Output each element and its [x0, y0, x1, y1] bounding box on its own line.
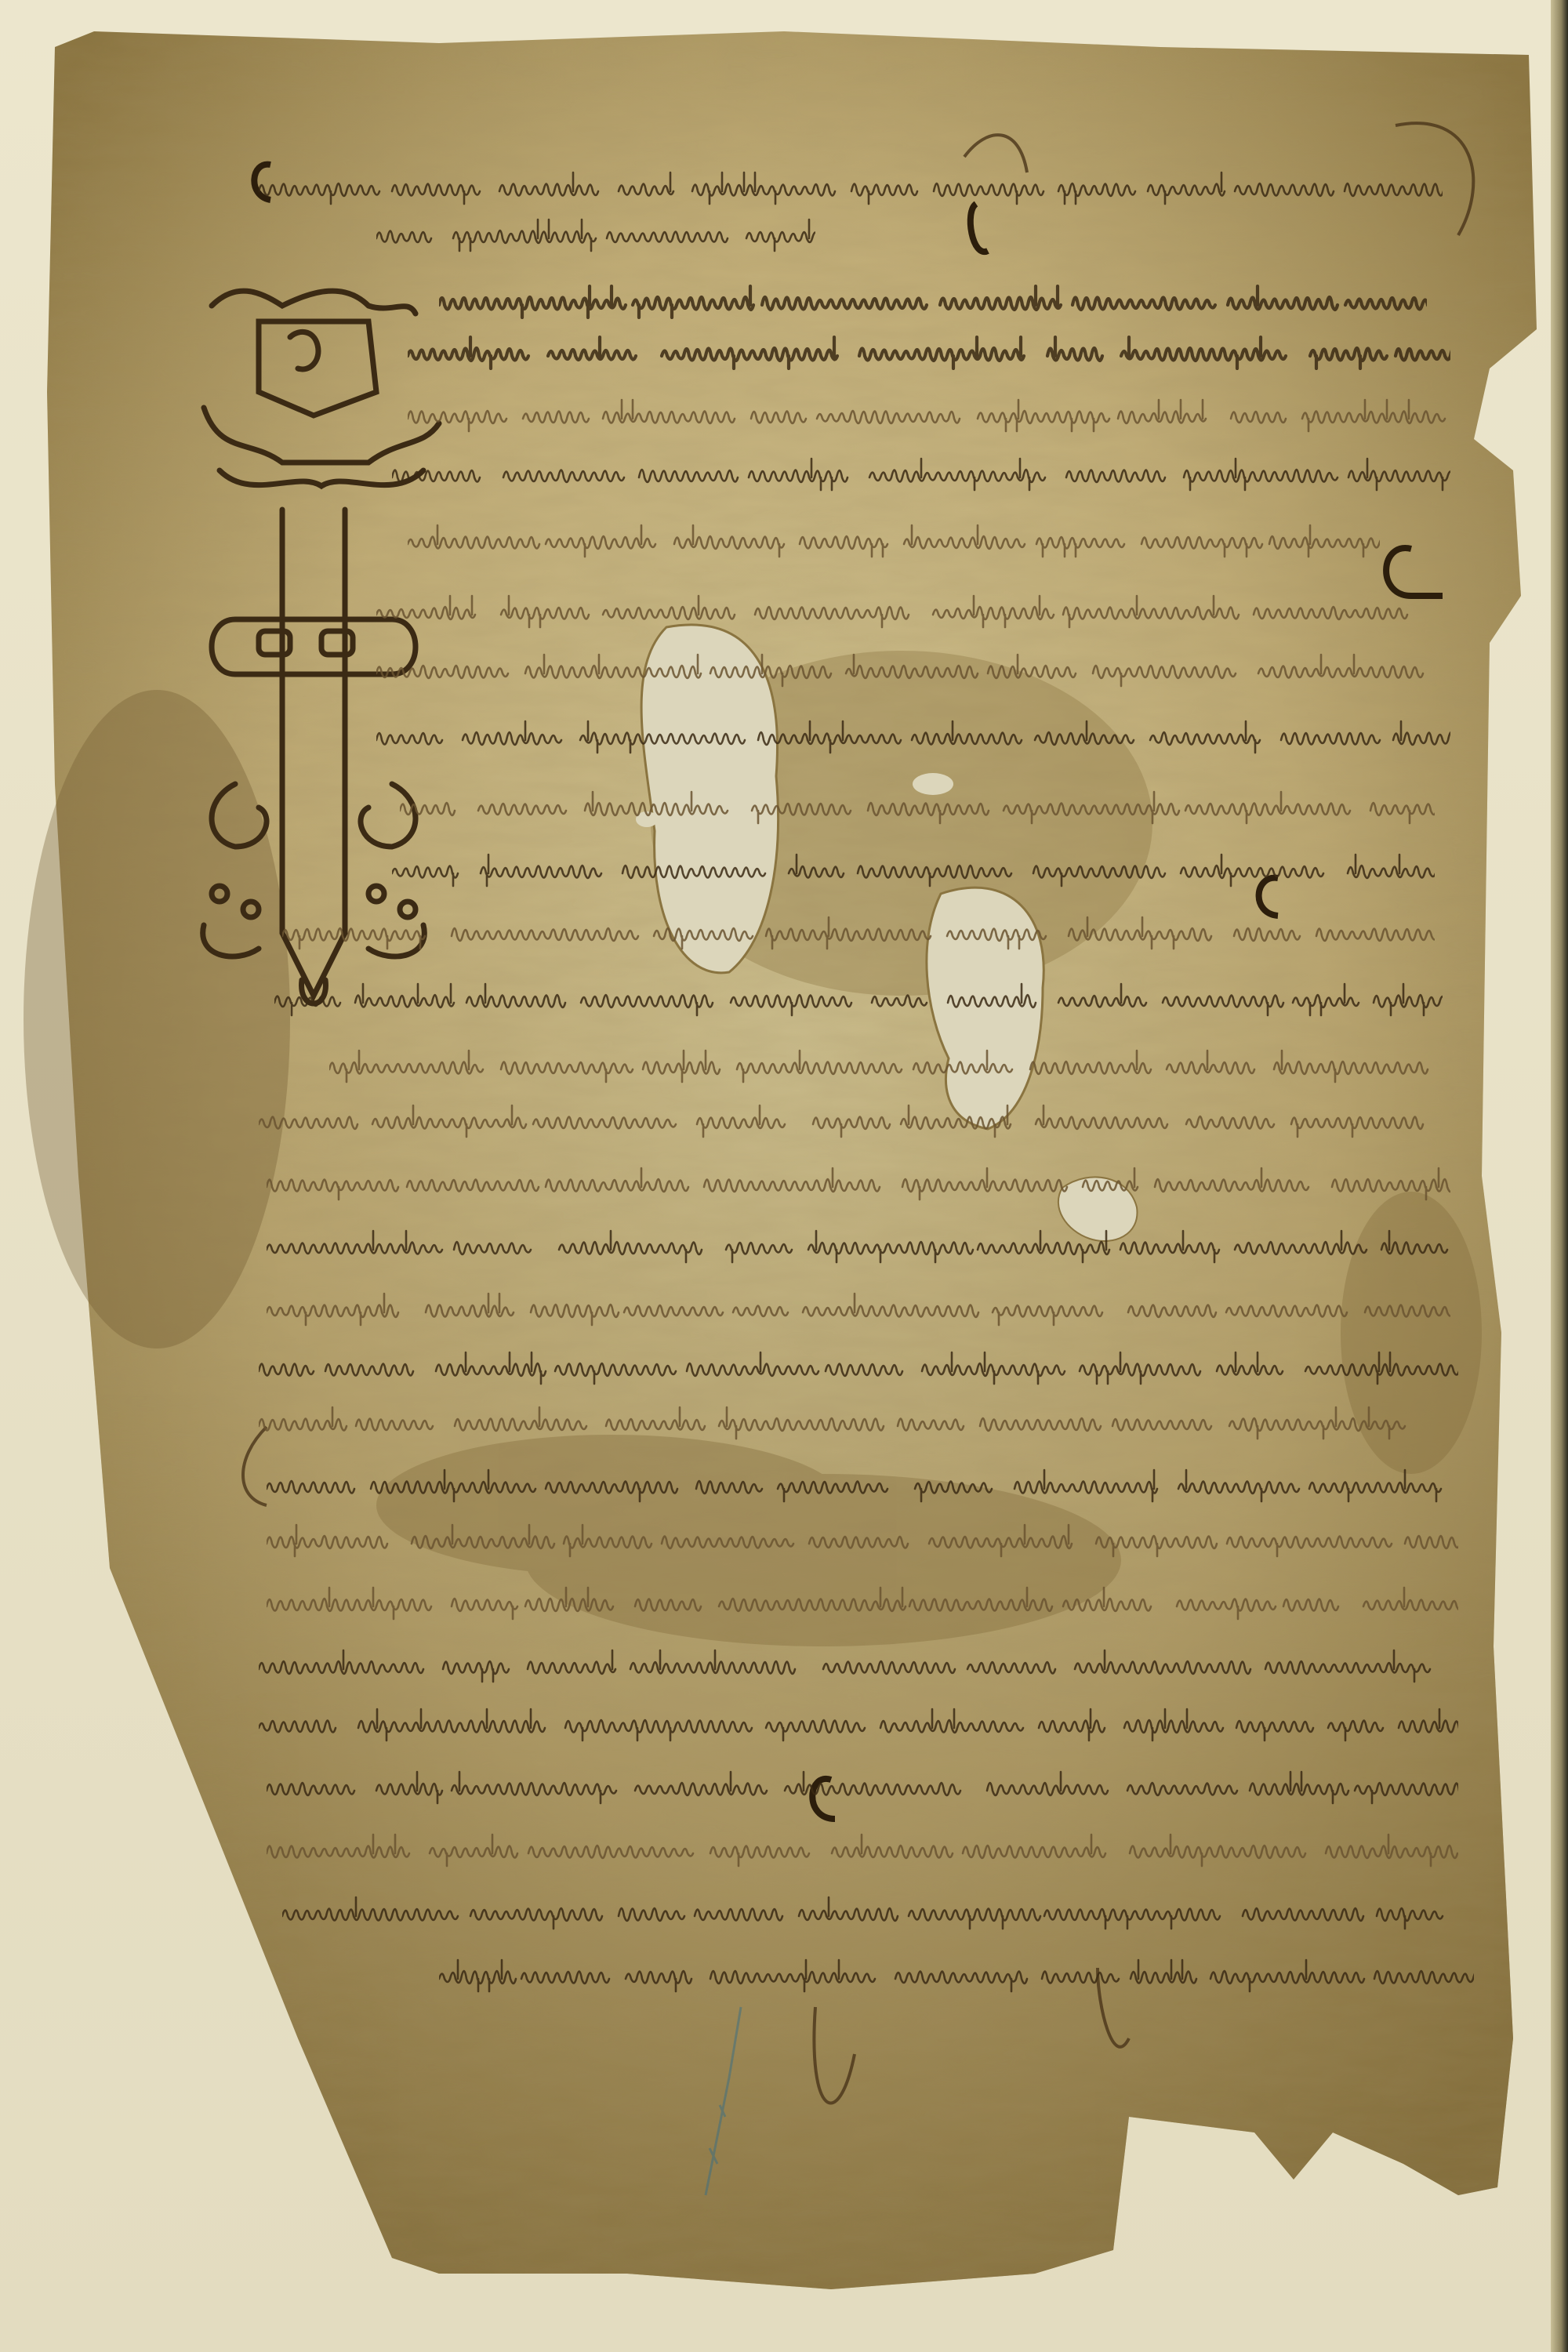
body-line	[282, 916, 1435, 950]
body-line	[392, 457, 1450, 492]
body-line	[267, 1229, 1450, 1264]
body-line	[267, 1586, 1458, 1621]
body-line	[376, 720, 1450, 754]
body-line	[259, 1649, 1458, 1683]
body-line	[259, 1708, 1458, 1742]
body-line	[259, 1104, 1458, 1138]
body-line	[259, 1351, 1458, 1385]
body-line	[376, 653, 1435, 688]
body-line	[267, 1770, 1458, 1805]
body-line	[267, 1523, 1458, 1558]
body-line	[267, 1292, 1450, 1327]
body-line	[376, 594, 1435, 629]
body-line	[408, 398, 1458, 433]
body-line	[267, 1468, 1458, 1503]
body-line	[329, 1049, 1450, 1083]
body-line	[267, 1167, 1450, 1201]
header-line	[259, 171, 1443, 205]
body-line	[267, 1833, 1458, 1867]
body-line	[400, 790, 1435, 825]
body-line	[408, 336, 1450, 370]
body-line	[259, 1406, 1443, 1440]
body-line	[392, 853, 1435, 887]
body-line	[439, 1958, 1474, 1993]
body-line	[408, 524, 1380, 558]
body-line	[439, 285, 1427, 319]
body-line	[282, 1896, 1458, 1930]
header-line	[376, 218, 815, 252]
body-line	[274, 982, 1443, 1017]
